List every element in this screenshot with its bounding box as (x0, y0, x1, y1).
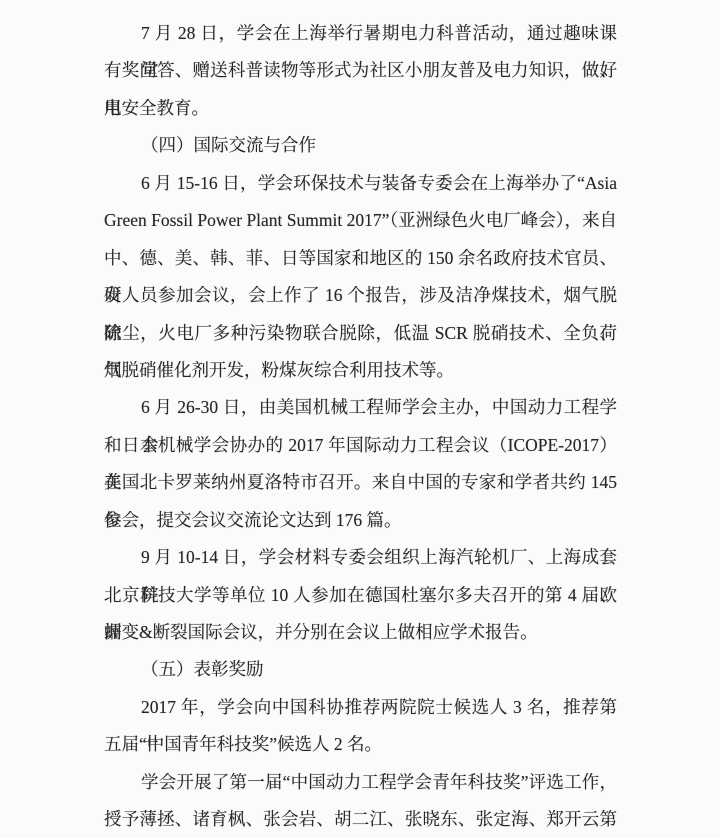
document-body: 7 月 28 日，学会在上海举行暑期电力科普活动，通过趣味课堂、有奖问答、赠送科… (104, 15, 617, 838)
text-line: 有奖问答、赠送科普读物等形式为社区小朋友普及电力知识，做好用 (104, 52, 617, 89)
text-line: 学会开展了第一届“中国动力工程学会青年科技奖”评选工作， (104, 764, 617, 801)
text-line: 除尘，火电厂多种污染物联合脱除，低温 SCR 脱硝技术、全负荷烟 (104, 315, 617, 352)
text-line: 蠕变&断裂国际会议，并分别在会议上做相应学术报告。 (104, 614, 617, 651)
text-line: 发人员参加会议，会上作了 16 个报告，涉及洁净煤技术，烟气脱硫、 (104, 277, 617, 314)
text-line: 北京科技大学等单位 10 人参加在德国杜塞尔多夫召开的第 4 届欧洲 (104, 577, 617, 614)
text-line: 参会，提交会议交流论文达到 176 篇。 (104, 502, 617, 539)
text-line: （四）国际交流与合作 (104, 127, 617, 164)
document-page: 7 月 28 日，学会在上海举行暑期电力科普活动，通过趣味课堂、有奖问答、赠送科… (0, 0, 720, 838)
text-line: 五届“中国青年科技奖”候选人 2 名。 (104, 726, 617, 763)
text-line: 和日本机械学会协办的 2017 年国际动力工程会议（ICOPE-2017）在 (104, 427, 617, 464)
text-line: 中、德、美、韩、菲、日等国家和地区的 150 余名政府技术官员、研 (104, 240, 617, 277)
text-line: 电安全教育。 (104, 90, 617, 127)
text-line: Green Fossil Power Plant Summit 2017”（亚洲… (104, 202, 617, 239)
text-line: 美国北卡罗莱纳州夏洛特市召开。来自中国的专家和学者共约 145 位 (104, 464, 617, 501)
text-line: 6 月 26-30 日，由美国机械工程师学会主办，中国动力工程学会 (104, 389, 617, 426)
text-line: 2017 年，学会向中国科协推荐两院院士候选人 3 名，推荐第十 (104, 689, 617, 726)
text-line: 7 月 28 日，学会在上海举行暑期电力科普活动，通过趣味课堂、 (104, 15, 617, 52)
text-line: 授予薄拯、诸育枫、张会岩、胡二江、张晓东、张定海、郑开云第一 (104, 801, 617, 838)
text-line: 9 月 10-14 日，学会材料专委会组织上海汽轮机厂、上海成套院、 (104, 539, 617, 576)
text-line: （五）表彰奖励 (104, 651, 617, 688)
text-line: 气脱硝催化剂开发，粉煤灰综合利用技术等。 (104, 352, 617, 389)
text-line: 6 月 15-16 日，学会环保技术与装备专委会在上海举办了“Asia (104, 165, 617, 202)
